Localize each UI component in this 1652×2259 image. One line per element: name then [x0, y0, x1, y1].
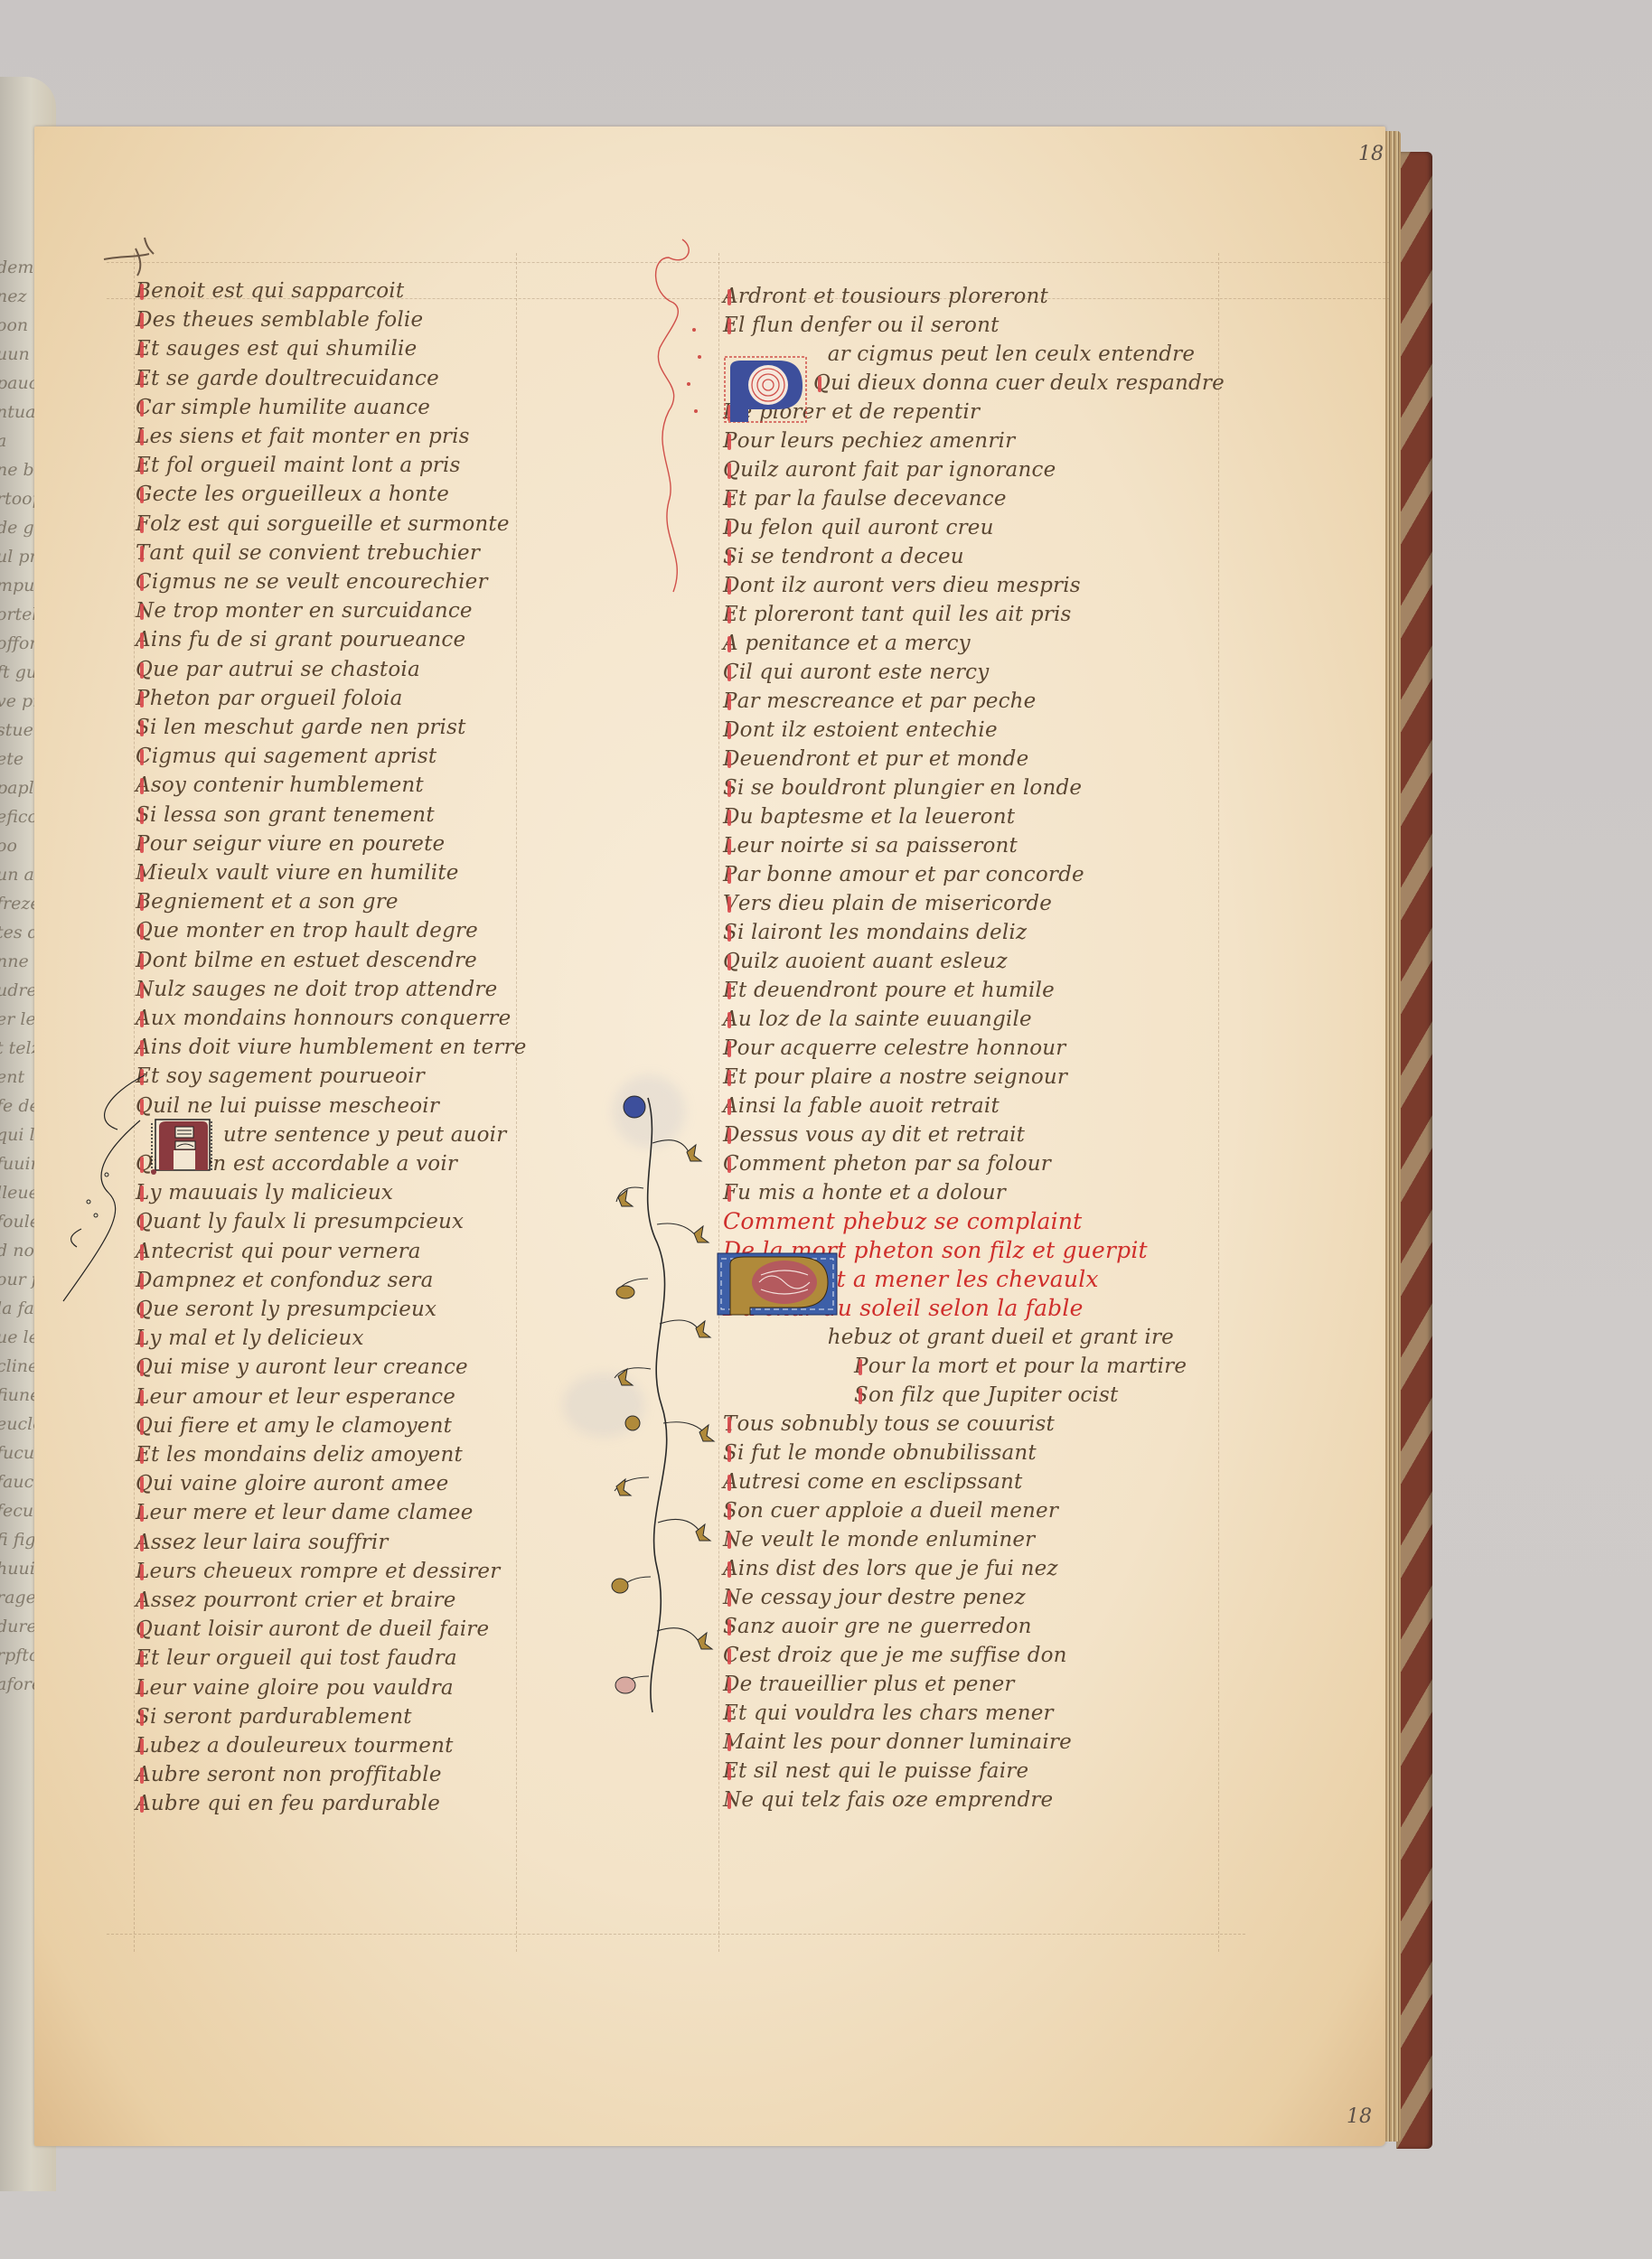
verse-initial: L: [136, 1498, 149, 1527]
verse-text: eur mere et leur dame clamee: [149, 1501, 473, 1524]
verse-text: ssez pourront crier et braire: [151, 1589, 456, 1612]
verse-text: ers dieu plain de misericorde: [738, 892, 1052, 915]
verse-text: soy contenir humblement: [151, 773, 424, 797]
verse-text: t sauges est qui shumilie: [151, 337, 417, 361]
ruling-line: [1218, 253, 1219, 1952]
verse-text: t soy sagement pourueoir: [151, 1064, 425, 1088]
pen-flourish-left-margin: [54, 1066, 163, 1364]
verse-initial: Q: [136, 655, 153, 684]
verse-initial: E: [723, 976, 738, 1005]
verse-line: Asoy contenir humblement: [136, 771, 424, 800]
folio-number-top: 18: [1358, 143, 1384, 165]
verse-text: t ploreront tant quil les ait pris: [738, 603, 1072, 626]
verse-line: Quant loisir auront de dueil faire: [136, 1615, 489, 1644]
verse-text: t fol orgueil maint lont a pris: [151, 454, 461, 477]
verse-line: Et par la faulse decevance: [723, 484, 1007, 513]
verse-initial: F: [136, 510, 150, 539]
verse-line: Si seront pardurablement: [136, 1702, 412, 1731]
verse-line: Et sil nest qui le puisse faire: [723, 1757, 1028, 1786]
facing-page-text-fragment: ete: [0, 749, 23, 769]
verse-initial: S: [723, 773, 737, 802]
verse-initial: A: [723, 1467, 738, 1496]
verse-text: ui dieux donna cuer deulx respandre: [831, 371, 1225, 395]
facing-page-text-fragment: oo: [0, 836, 17, 856]
red-penwork-flourish: [633, 230, 732, 628]
verse-text: ubre seront non proffitable: [151, 1763, 442, 1786]
verse-text: ui fiere et amy le clamoyent: [153, 1414, 452, 1438]
verse-text: ssez leur laira souffrir: [151, 1531, 389, 1554]
verse-initial: Q: [136, 1469, 153, 1498]
verse-initial: Q: [813, 369, 831, 398]
verse-line: Aubre seront non proffitable: [136, 1760, 442, 1789]
facing-page-text-fragment: stue: [0, 720, 33, 740]
verse-text: our seigur viure en pourete: [150, 832, 446, 856]
verse-initial: S: [854, 1381, 868, 1410]
verse-initial: L: [136, 1731, 149, 1760]
verse-line: Maint les pour donner luminaire: [723, 1728, 1072, 1757]
verse-line: Qui vaine gloire auront amee: [136, 1469, 448, 1498]
verse-line: Si fut le monde obnubilissant: [723, 1439, 1037, 1467]
verse-text: uilz auoient auant esleuz: [740, 950, 1008, 973]
verse-line: Tous sobnubly tous se couurist: [723, 1410, 1055, 1439]
verse-text: i len meschut garde nen prist: [150, 716, 466, 739]
verse-text: e cessay jour destre penez: [741, 1586, 1026, 1609]
verse-initial: P: [136, 830, 150, 858]
verse-line: Par cigmus peut len ceulx entendre: [813, 340, 1195, 369]
verse-text: anz auoir gre ne guerredon: [737, 1615, 1032, 1638]
verse-text: ntecrist qui pour vernera: [151, 1240, 421, 1263]
verse-text: ui vaine gloire auront amee: [153, 1472, 448, 1495]
verse-text: i lessa son grant tenement: [150, 803, 435, 827]
verse-text: e traueillier plus et pener: [740, 1673, 1015, 1696]
verse-line: Cigmus ne se veult encourechier: [136, 567, 488, 596]
verse-line: A penitance et a mercy: [723, 629, 971, 658]
verse-line: Ly mal et ly delicieux: [136, 1324, 364, 1353]
verse-line: Si lessa son grant tenement: [136, 801, 435, 830]
verse-initial: F: [723, 1178, 737, 1207]
verse-text: euendront et pur et monde: [740, 747, 1029, 771]
verse-line: Et les mondains deliz amoyent: [136, 1440, 463, 1469]
verse-text: eur amour et leur esperance: [149, 1385, 455, 1409]
verse-text: hebuz ot grant dueil et grant ire: [828, 1326, 1174, 1349]
verse-initial: C: [723, 1149, 739, 1178]
verse-line: Comment pheton par sa folour: [723, 1149, 1051, 1178]
verse-text: t leur orgueil qui tost faudra: [151, 1646, 457, 1670]
verse-initial: S: [723, 1612, 737, 1641]
floral-vine-border: [607, 1089, 725, 1721]
verse-text: ont ilz auront vers dieu mespris: [740, 574, 1081, 597]
verse-line: Pour leurs pechiez amenrir: [723, 426, 1015, 455]
verse-initial: S: [136, 801, 150, 830]
verse-text: ui mise y auront leur creance: [153, 1355, 468, 1379]
verse-text: t deuendront poure et humile: [738, 979, 1055, 1002]
verse-initial: P: [723, 860, 737, 889]
verse-text: t les mondains deliz amoyent: [151, 1443, 463, 1467]
verse-initial: A: [136, 625, 151, 654]
verse-text: t sil nest qui le puisse faire: [738, 1759, 1028, 1783]
verse-text: i se tendront a deceu: [737, 545, 964, 568]
verse-initial: Q: [136, 1411, 153, 1440]
verse-text: y mauuais ly malicieux: [149, 1181, 393, 1204]
verse-text: eur vaine gloire pou vauldra: [149, 1676, 453, 1700]
verse-text: i se bouldront plungier en londe: [737, 776, 1082, 800]
verse-line: Qui dieux donna cuer deulx respandre: [813, 369, 1225, 398]
verse-text: essus vous ay dit et retrait: [740, 1123, 1025, 1147]
verse-text: e qui telz fais oze emprendre: [741, 1788, 1053, 1812]
verse-initial: A: [136, 1789, 151, 1818]
verse-line: Et qui vouldra les chars mener: [723, 1699, 1054, 1728]
verse-line: Ne qui telz fais oze emprendre: [723, 1786, 1053, 1814]
facing-page-text-fragment: udre: [0, 980, 37, 1000]
verse-initial: C: [723, 1641, 739, 1670]
verse-line: Aux mondains honnours conquerre: [136, 1004, 511, 1033]
verse-line: Aubre qui en feu pardurable: [136, 1789, 440, 1818]
verse-line: Dampnez et confonduz sera: [136, 1266, 434, 1295]
ruling-line: [516, 253, 517, 1952]
verse-text: ue seront ly presumpcieux: [153, 1298, 436, 1321]
verse-text: ins dist des lors que je fui nez: [738, 1557, 1058, 1580]
verse-line: Dont ilz estoient entechie: [723, 716, 998, 745]
verse-line: Du baptesme et la leueront: [723, 802, 1015, 831]
verse-initial: G: [136, 480, 153, 509]
verse-line: Tant quil se convient trebuchier: [136, 539, 480, 567]
verse-initial: B: [136, 887, 151, 916]
verse-line: Quilz auoient auant esleuz: [723, 947, 1008, 976]
verse-initial: C: [723, 658, 739, 687]
verse-line: El flun denfer ou il seront: [723, 311, 1000, 340]
verse-initial: Q: [136, 916, 153, 945]
verse-initial: L: [136, 1673, 149, 1702]
facing-page-text-fragment: ent: [0, 1067, 24, 1087]
verse-line: Que seront ly presumpcieux: [136, 1295, 436, 1324]
verse-initial: P: [136, 684, 150, 713]
verse-text: uant ly faulx li presumpcieux: [153, 1210, 464, 1233]
facing-page-text-fragment: efico: [0, 807, 38, 827]
verse-line: Fu mis a honte et a dolour: [723, 1178, 1006, 1207]
verse-line: Dont bilme en estuet descendre: [136, 946, 477, 975]
verse-initial: A: [723, 1554, 738, 1583]
verse-line: Dessus vous ay dit et retrait: [723, 1120, 1025, 1149]
verse-line: Ne veult le monde enluminer: [723, 1525, 1035, 1554]
verse-line: Autre sentence y peut auoir: [208, 1120, 506, 1149]
verse-initial: A: [723, 1092, 738, 1120]
verse-text: igmus qui sagement aprist: [152, 745, 437, 768]
verse-initial: N: [723, 1786, 741, 1814]
verse-initial: M: [723, 1728, 745, 1757]
verse-line: Qui fiere et amy le clamoyent: [136, 1411, 452, 1440]
verse-line: Phebuz ot grant dueil et grant ire: [813, 1323, 1174, 1352]
verse-initial: L: [136, 1557, 149, 1586]
verse-initial: D: [136, 946, 153, 975]
verse-text: ont ilz estoient entechie: [740, 718, 998, 742]
verse-initial: E: [723, 1699, 738, 1728]
verse-initial: L: [136, 1383, 149, 1411]
verse-initial: C: [136, 742, 152, 771]
verse-line: Ains doit viure humblement en terre: [136, 1033, 527, 1062]
verse-initial: A: [136, 1760, 151, 1789]
verse-initial: A: [136, 1004, 151, 1033]
verse-text: omment phebuz se complaint: [740, 1208, 1082, 1234]
verse-initial: E: [136, 1644, 151, 1673]
verse-initial: A: [136, 1528, 151, 1557]
verse-initial: D: [723, 802, 740, 831]
verse-initial: T: [723, 1410, 737, 1439]
verse-initial: D: [723, 1670, 740, 1699]
verse-line: Son filz que Jupiter ocist: [854, 1381, 1118, 1410]
verse-line: Ardront et tousiours ploreront: [723, 282, 1048, 311]
verse-initial: E: [136, 1440, 151, 1469]
verse-initial: D: [136, 305, 153, 334]
verse-text: utresi come en esclipssant: [738, 1470, 1023, 1494]
verse-text: ins fu de si grant pourueance: [151, 628, 465, 651]
verse-line: Et pour plaire a nostre seignour: [723, 1063, 1067, 1092]
verse-text: our la mort et pour la martire: [868, 1354, 1187, 1378]
verse-text: utre sentence y peut auoir: [223, 1123, 507, 1147]
verse-line: Au loz de la sainte euuangile: [723, 1005, 1032, 1034]
verse-initial: A: [136, 1033, 151, 1062]
verse-line: Pour seigur viure en pourete: [136, 830, 445, 858]
verse-line: Mieulx vault viure en humilite: [136, 858, 459, 887]
verse-line: Qui mise y auront leur creance: [136, 1353, 468, 1382]
verse-text: egniement et a son gre: [151, 890, 399, 914]
verse-text: ont bilme en estuet descendre: [153, 949, 477, 972]
facing-page-text-fragment: oon: [0, 315, 28, 335]
verse-text: rdront et tousiours ploreront: [738, 285, 1048, 308]
verse-initial: Q: [723, 947, 740, 976]
verse-initial: S: [723, 1496, 737, 1525]
verse-initial: A: [723, 1005, 738, 1034]
verse-line: Deuendront et pur et monde: [723, 745, 1028, 773]
verse-initial: E: [136, 334, 151, 363]
verse-initial: S: [723, 918, 737, 947]
verse-text: i fut le monde obnubilissant: [737, 1441, 1037, 1465]
verse-text: ampnez et confonduz sera: [153, 1269, 434, 1292]
verse-line: Pour acquerre celestre honnour: [723, 1034, 1065, 1063]
verse-line: Leur vaine gloire pou vauldra: [136, 1673, 454, 1702]
verse-line: Si se bouldront plungier en londe: [723, 773, 1082, 802]
verse-line: Que par autrui se chastoia: [136, 655, 420, 684]
verse-text: l flun denfer ou il seront: [738, 314, 1000, 337]
verse-line: Antecrist qui pour vernera: [136, 1237, 421, 1266]
verse-initial: E: [136, 451, 151, 480]
verse-line: Des theues semblable folie: [136, 305, 423, 334]
verse-line: Si lairont les mondains deliz: [723, 918, 1027, 947]
ruling-line: [107, 262, 1390, 263]
verse-text: our acquerre celestre honnour: [737, 1036, 1066, 1060]
facing-page-text-fragment: dure: [0, 1617, 37, 1636]
verse-line: Cigmus qui sagement aprist: [136, 742, 436, 771]
verse-initial: S: [136, 713, 150, 742]
verse-line: Begniement et a son gre: [136, 887, 399, 916]
verse-text: e trop monter en surcuidance: [154, 599, 472, 623]
verse-line: De traueillier plus et pener: [723, 1670, 1015, 1699]
verse-line: Par bonne amour et par concorde: [723, 860, 1084, 889]
rubric-line: Comment phebuz se complaint: [723, 1207, 1082, 1236]
verse-line: Ly mauuais ly malicieux: [136, 1178, 393, 1207]
verse-line: Leur mere et leur dame clamee: [136, 1498, 474, 1527]
illuminated-initial-p-blue: [723, 355, 810, 424]
verse-text: e veult le monde enluminer: [741, 1528, 1035, 1551]
verse-text: igmus ne se veult encourechier: [152, 570, 488, 594]
verse-text: es siens et fait monter en pris: [149, 425, 469, 448]
verse-text: insi la fable auoit retrait: [738, 1094, 1000, 1118]
verse-initial: N: [723, 1583, 741, 1612]
verse-text: u mis a honte et a dolour: [737, 1181, 1006, 1204]
verse-line: Vers dieu plain de misericorde: [723, 889, 1052, 918]
facing-page-text-fragment: uun: [0, 344, 30, 364]
verse-line: Que monter en trop hault degre: [136, 916, 478, 945]
verse-text: t se garde doultrecuidance: [151, 367, 439, 390]
verse-text: ue par autrui se chastoia: [153, 658, 420, 681]
verse-initial: A: [136, 1586, 151, 1615]
facing-page-text-fragment: fauc: [0, 1472, 33, 1492]
verse-line: Ains fu de si grant pourueance: [136, 625, 465, 654]
verse-text: ieulx vault viure en humilite: [157, 861, 459, 885]
verse-initial: E: [723, 1757, 738, 1786]
verse-line: Dont ilz auront vers dieu mespris: [723, 571, 1081, 600]
verse-line: Car simple humilite auance: [136, 393, 430, 422]
verse-line: Assez leur laira souffrir: [136, 1528, 389, 1557]
verse-line: Et sauges est qui shumilie: [136, 334, 417, 363]
verse-text: est droiz que je me suffise don: [739, 1644, 1067, 1667]
verse-initial: A: [136, 771, 151, 800]
verse-line: Ne trop monter en surcuidance: [136, 596, 473, 625]
facing-page-text-fragment: cline: [0, 1356, 38, 1376]
verse-line: Nulz sauges ne doit trop attendre: [136, 975, 497, 1004]
verse-line: Et fol orgueil maint lont a pris: [136, 451, 461, 480]
verse-line: Et soy sagement pourueoir: [136, 1062, 425, 1091]
verse-text: ubre qui en feu pardurable: [151, 1792, 440, 1815]
verse-initial: D: [723, 1120, 740, 1149]
verse-line: Et leur orgueil qui tost faudra: [136, 1644, 457, 1673]
facing-page-text-fragment: a: [0, 431, 6, 451]
verse-initial: E: [723, 1063, 738, 1092]
verse-text: on filz que Jupiter ocist: [868, 1383, 1119, 1407]
verse-initial: N: [723, 1525, 741, 1554]
verse-initial: P: [723, 687, 737, 716]
verse-line: Assez pourront crier et braire: [136, 1586, 456, 1615]
verse-text: ins doit viure humblement en terre: [151, 1036, 527, 1059]
verse-text: olz est qui sorgueille et surmonte: [150, 512, 510, 536]
verse-initial: C: [723, 1207, 740, 1236]
verse-initial: T: [136, 539, 150, 567]
verse-text: ant quil se convient trebuchier: [150, 541, 480, 565]
verse-initial: S: [136, 1702, 150, 1731]
book-binding-edge: [1396, 152, 1432, 2149]
verse-text: ar bonne amour et par concorde: [737, 863, 1084, 886]
verse-text: penitance et a mercy: [738, 632, 971, 655]
verse-text: heton par orgueil foloia: [150, 687, 403, 710]
pen-flourish: [99, 230, 172, 285]
folio-number-bottom: 18: [1347, 2105, 1372, 2128]
verse-text: ux mondains honnours conquerre: [151, 1007, 512, 1030]
verse-initial: N: [136, 975, 154, 1004]
verse-initial: C: [136, 393, 152, 422]
verse-line: Autresi come en esclipssant: [723, 1467, 1022, 1496]
verse-line: Gecte les orgueilleux a honte: [136, 480, 449, 509]
verse-line: Cil qui auront este nercy: [723, 658, 989, 687]
verse-text: ecte les orgueilleux a honte: [153, 483, 449, 506]
verse-line: Ains dist des lors que je fui nez: [723, 1554, 1058, 1583]
verse-initial: N: [136, 596, 154, 625]
verse-text: ar simple humilite auance: [152, 396, 430, 419]
verse-line: Les siens et fait monter en pris: [136, 422, 470, 451]
verse-text: eur noirte si sa paisseront: [737, 834, 1018, 858]
verse-line: Du felon quil auront creu: [723, 513, 994, 542]
verse-text: uilz auront fait par ignorance: [740, 458, 1056, 482]
verse-line: Et deuendront poure et humile: [723, 976, 1055, 1005]
verse-text: i lairont les mondains deliz: [737, 921, 1027, 944]
verse-initial: P: [854, 1352, 868, 1381]
verse-line: Ne cessay jour destre penez: [723, 1583, 1026, 1612]
verse-line: Leur amour et leur esperance: [136, 1383, 455, 1411]
verse-text: eurs cheueux rompre et dessirer: [149, 1560, 500, 1583]
verse-initial: L: [723, 831, 737, 860]
verse-initial: A: [723, 629, 738, 658]
verse-text: u felon quil auront creu: [740, 516, 994, 539]
facing-page-text-fragment: nez: [0, 286, 27, 306]
verse-line: Par mescreance et par peche: [723, 687, 1037, 716]
verse-text: ous sobnubly tous se couurist: [737, 1412, 1055, 1436]
verse-line: Si se tendront a deceu: [723, 542, 964, 571]
verse-text: ar mescreance et par peche: [737, 689, 1037, 713]
verse-initial: D: [723, 716, 740, 745]
verse-text: on cuer apploie a dueil mener: [737, 1499, 1058, 1523]
verse-line: Benoit est qui sapparcoit: [136, 277, 404, 305]
verse-initial: Q: [136, 1615, 153, 1644]
verse-text: enoit est qui sapparcoit: [151, 279, 404, 303]
verse-initial: E: [136, 364, 151, 393]
verse-text: t qui vouldra les chars mener: [738, 1701, 1054, 1725]
verse-text: u baptesme et la leueront: [740, 805, 1016, 829]
verse-initial: M: [136, 858, 157, 887]
verse-text: ue monter en trop hault degre: [153, 919, 478, 942]
verse-text: uant loisir auront de dueil faire: [153, 1617, 489, 1641]
verse-line: Pour la mort et pour la martire: [854, 1352, 1187, 1381]
verse-line: Lubez a douleureux tourment: [136, 1731, 454, 1760]
ruling-line: [107, 1934, 1245, 1935]
verse-text: ar cigmus peut len ceulx entendre: [828, 342, 1195, 366]
verse-line: Si len meschut garde nen prist: [136, 713, 466, 742]
verse-text: y mal et ly delicieux: [149, 1326, 363, 1350]
illuminated-initial-p-gold: [714, 1251, 840, 1317]
verse-line: Son cuer apploie a dueil mener: [723, 1496, 1058, 1525]
verse-line: Ainsi la fable auoit retrait: [723, 1092, 1000, 1120]
verse-text: ubez a douleureux tourment: [149, 1734, 453, 1758]
verse-initial: P: [723, 1034, 737, 1063]
verse-initial: S: [723, 1439, 737, 1467]
verse-line: Leurs cheueux rompre et dessirer: [136, 1557, 500, 1586]
verse-initial: L: [136, 422, 149, 451]
facing-page-text-fragment: rage: [0, 1588, 36, 1608]
verse-line: Sanz auoir gre ne guerredon: [723, 1612, 1032, 1641]
verse-initial: V: [723, 889, 738, 918]
verse-text: t pour plaire a nostre seignour: [738, 1065, 1067, 1089]
verse-line: Leur noirte si sa paisseront: [723, 831, 1018, 860]
verse-text: i seront pardurablement: [150, 1705, 412, 1729]
verse-text: es theues semblable folie: [153, 308, 424, 332]
verse-text: il qui auront este nercy: [739, 661, 990, 684]
verse-line: Pheton par orgueil foloia: [136, 684, 403, 713]
verse-initial: C: [136, 567, 152, 596]
verse-line: Cest droiz que je me suffise don: [723, 1641, 1067, 1670]
verse-line: Folz est qui sorgueille et surmonte: [136, 510, 510, 539]
verse-text: t par la faulse decevance: [738, 487, 1007, 511]
verse-line: Et ploreront tant quil les ait pris: [723, 600, 1072, 629]
verse-line: Quilz auront fait par ignorance: [723, 455, 1056, 484]
verse-text: u loz de la sainte euuangile: [738, 1008, 1032, 1031]
verse-text: omment pheton par sa folour: [739, 1152, 1051, 1176]
